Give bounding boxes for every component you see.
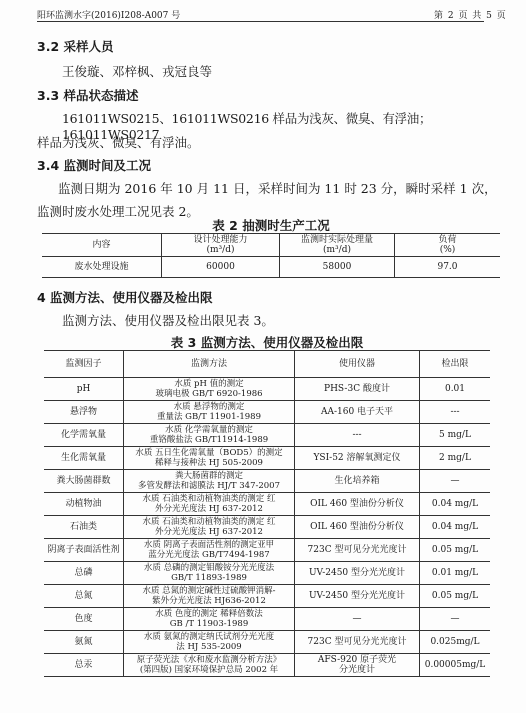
section-4-title: 4 监测方法、使用仪器及检出限 [37, 288, 213, 306]
table-row: 色度水质 色度的测定 稀释倍数法GB /T 11903-1989—— [44, 608, 490, 631]
table2-header-row: 内容 设计处理能力(m³/d) 监测时实际处理量(m³/d) 负荷(%) [42, 234, 500, 257]
detection-limit-cell: — [420, 470, 491, 493]
table2-header-cell: 监测时实际处理量(m³/d) [280, 234, 395, 257]
table-row: 氨氮水质 氨氮的测定纳氏试剂分光光度法 HJ 535-2009723C 型可见分… [44, 631, 490, 654]
method-cell: 水质 阴离子表面活性剂的测定亚甲蓝分光光度法 GB/T7494-1987 [124, 539, 295, 562]
table2-caption: 表 2 抽测时生产工况 [42, 216, 500, 234]
detection-limit-cell: --- [420, 401, 491, 424]
table-row: 石油类水质 石油类和动植物油类的测定 红外分光光度法 HJ 637-2012OI… [44, 516, 490, 539]
table-row: 悬浮物水质 悬浮物的测定重量法 GB/T 11901-1989AA-160 电子… [44, 401, 490, 424]
method-cell: 水质 石油类和动植物油类的测定 红外分光光度法 HJ 637-2012 [124, 516, 295, 539]
instrument-cell: --- [295, 424, 420, 447]
table3-header-cell: 检出限 [420, 351, 491, 378]
method-cell: 水质 总磷的测定钼酸铵分光光度法GB/T 11893-1989 [124, 562, 295, 585]
section-3-3-body-line2: 样品为浅灰、微臭、有浮油。 [37, 133, 200, 151]
detection-limit-cell: 0.05 mg/L [420, 585, 491, 608]
method-cell: 水质 化学需氧量的测定重铬酸盐法 GB/T11914-1989 [124, 424, 295, 447]
table3-header-cell: 监测因子 [44, 351, 124, 378]
instrument-cell: YSI-52 溶解氧测定仪 [295, 447, 420, 470]
instrument-cell: AFS-920 原子荧光分光度计 [295, 654, 420, 677]
detection-limit-cell: — [420, 608, 491, 631]
factor-cell: 总磷 [44, 562, 124, 585]
table3-header-cell: 使用仪器 [295, 351, 420, 378]
method-cell: 水质 pH 值的测定玻璃电极 GB/T 6920-1986 [124, 378, 295, 401]
table3-header-cell: 监测方法 [124, 351, 295, 378]
section-3-4-body-line1: 监测日期为 2016 年 10 月 11 日，采样时间为 11 时 23 分，瞬… [58, 179, 497, 197]
detection-limit-cell: 2 mg/L [420, 447, 491, 470]
section-3-2-body: 王俊璇、邓梓枫、戎冠良等 [62, 62, 212, 80]
detection-limit-cell: 0.01 [420, 378, 491, 401]
table2-production-conditions: 内容 设计处理能力(m³/d) 监测时实际处理量(m³/d) 负荷(%) 废水处… [42, 233, 500, 278]
instrument-cell: — [295, 608, 420, 631]
table3-methods-instruments: 监测因子 监测方法 使用仪器 检出限 pH水质 pH 值的测定玻璃电极 GB/T… [44, 350, 490, 677]
instrument-cell: 生化培养箱 [295, 470, 420, 493]
table2-cell: 58000 [280, 257, 395, 278]
factor-cell: 悬浮物 [44, 401, 124, 424]
table2-header-cell: 负荷(%) [395, 234, 501, 257]
table-row: 粪大肠菌群数粪大肠菌群的测定多管发酵法和滤膜法 HJ/T 347-2007生化培… [44, 470, 490, 493]
table2-cell: 60000 [162, 257, 280, 278]
section-3-2-title: 3.2 采样人员 [37, 37, 114, 55]
method-cell: 水质 五日生化需氧量（BOD5）的测定稀释与接种法 HJ 505-2009 [124, 447, 295, 470]
factor-cell: 生化需氧量 [44, 447, 124, 470]
detection-limit-cell: 0.025mg/L [420, 631, 491, 654]
factor-cell: 总氮 [44, 585, 124, 608]
table2-header-cell: 设计处理能力(m³/d) [162, 234, 280, 257]
detection-limit-cell: 0.04 mg/L [420, 493, 491, 516]
method-cell: 水质 悬浮物的测定重量法 GB/T 11901-1989 [124, 401, 295, 424]
method-cell: 粪大肠菌群的测定多管发酵法和滤膜法 HJ/T 347-2007 [124, 470, 295, 493]
factor-cell: 化学需氧量 [44, 424, 124, 447]
factor-cell: 粪大肠菌群数 [44, 470, 124, 493]
instrument-cell: UV-2450 型分光光度计 [295, 585, 420, 608]
table-row: 总氮水质 总氮的测定碱性过硫酸钾消解-紫外分光光度法 HJ636-2012UV-… [44, 585, 490, 608]
instrument-cell: OIL 460 型油份分析仪 [295, 516, 420, 539]
table2-header-cell: 内容 [42, 234, 162, 257]
factor-cell: pH [44, 378, 124, 401]
table3-header-row: 监测因子 监测方法 使用仪器 检出限 [44, 351, 490, 378]
table3-caption: 表 3 监测方法、使用仪器及检出限 [44, 333, 490, 351]
table-row: 动植物油水质 石油类和动植物油类的测定 红外分光光度法 HJ 637-2012O… [44, 493, 490, 516]
table2-cell: 97.0 [395, 257, 501, 278]
table-row: 总磷水质 总磷的测定钼酸铵分光光度法GB/T 11893-1989UV-2450… [44, 562, 490, 585]
instrument-cell: OIL 460 型油份分析仪 [295, 493, 420, 516]
instrument-cell: AA-160 电子天平 [295, 401, 420, 424]
section-3-3-title: 3.3 样品状态描述 [37, 86, 139, 104]
detection-limit-cell: 5 mg/L [420, 424, 491, 447]
detection-limit-cell: 0.04 mg/L [420, 516, 491, 539]
factor-cell: 色度 [44, 608, 124, 631]
document-number: 阳环监测水字(2016)I208-A007 号 [37, 8, 180, 21]
method-cell: 水质 氨氮的测定纳氏试剂分光光度法 HJ 535-2009 [124, 631, 295, 654]
table2-cell: 废水处理设施 [42, 257, 162, 278]
method-cell: 水质 石油类和动植物油类的测定 红外分光光度法 HJ 637-2012 [124, 493, 295, 516]
method-cell: 原子荧光法《水和废水监测分析方法》(第四版) 国家环境保护总局 2002 年 [124, 654, 295, 677]
factor-cell: 阴离子表面活性剂 [44, 539, 124, 562]
instrument-cell: UV-2450 型分光光度计 [295, 562, 420, 585]
table-row: pH水质 pH 值的测定玻璃电极 GB/T 6920-1986PHS-3C 酸度… [44, 378, 490, 401]
header-rule [37, 21, 484, 22]
factor-cell: 总汞 [44, 654, 124, 677]
factor-cell: 石油类 [44, 516, 124, 539]
detection-limit-cell: 0.05 mg/L [420, 539, 491, 562]
factor-cell: 动植物油 [44, 493, 124, 516]
section-3-4-title: 3.4 监测时间及工况 [37, 156, 151, 174]
instrument-cell: 723C 型可见分光光度计 [295, 539, 420, 562]
method-cell: 水质 色度的测定 稀释倍数法GB /T 11903-1989 [124, 608, 295, 631]
page-info: 第 2 页 共 5 页 [434, 8, 507, 21]
table-row: 废水处理设施 60000 58000 97.0 [42, 257, 500, 278]
detection-limit-cell: 0.00005mg/L [420, 654, 491, 677]
table-row: 阴离子表面活性剂水质 阴离子表面活性剂的测定亚甲蓝分光光度法 GB/T7494-… [44, 539, 490, 562]
detection-limit-cell: 0.01 mg/L [420, 562, 491, 585]
table-row: 生化需氧量水质 五日生化需氧量（BOD5）的测定稀释与接种法 HJ 505-20… [44, 447, 490, 470]
table-row: 总汞原子荧光法《水和废水监测分析方法》(第四版) 国家环境保护总局 2002 年… [44, 654, 490, 677]
method-cell: 水质 总氮的测定碱性过硫酸钾消解-紫外分光光度法 HJ636-2012 [124, 585, 295, 608]
factor-cell: 氨氮 [44, 631, 124, 654]
table-row: 化学需氧量水质 化学需氧量的测定重铬酸盐法 GB/T11914-1989---5… [44, 424, 490, 447]
instrument-cell: 723C 型可见分光光度计 [295, 631, 420, 654]
instrument-cell: PHS-3C 酸度计 [295, 378, 420, 401]
section-4-body: 监测方法、使用仪器及检出限见表 3。 [62, 311, 274, 329]
